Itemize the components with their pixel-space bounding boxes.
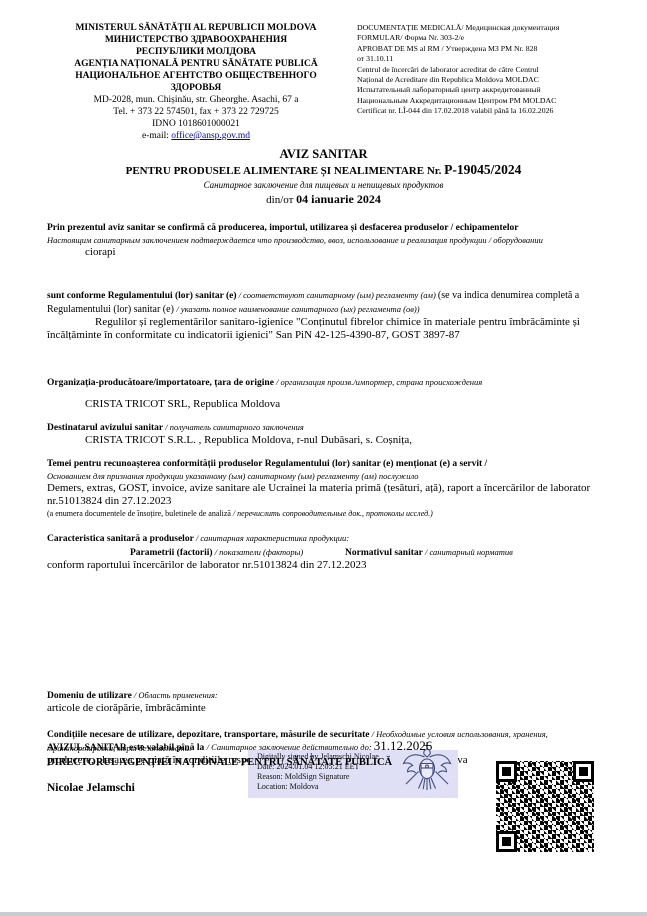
form-info-line: APROBAT DE MS al RM / Утверждена МЗ РМ N…	[357, 44, 633, 54]
qr-code	[495, 760, 595, 853]
header: MINISTERUL SĂNĂTĂȚII AL REPUBLICII MOLDO…	[0, 0, 647, 142]
basis-note-ru: / перечислить сопроводительные док., про…	[233, 509, 433, 518]
validity-label-ro: AVIZUL SANITAR este valabil pînă la	[47, 743, 207, 753]
domain-label-ru: / Область применения:	[132, 690, 218, 700]
basis-value: Demers, extras, GOST, invoice, avize san…	[47, 482, 602, 508]
email-label: e-mail:	[142, 131, 171, 141]
form-info-line: Certificat nr. LÎ-044 din 17.02.2018 val…	[357, 106, 633, 116]
producer-label: Organizația-producătoare/importatoare, ț…	[47, 375, 602, 389]
qr-finder-icon	[573, 761, 594, 782]
form-info-line: от 31.10.11	[357, 54, 633, 64]
director-title: DIRECTORUL AGENȚIEI NAȚIONALE PENTRU SĂN…	[47, 757, 392, 768]
issuer-idno: IDNO 1018601000021	[42, 118, 350, 130]
section-confirmation: Prin prezentul aviz sanitar se confirmă …	[47, 222, 602, 259]
document-subtitle: PENTRU PRODUSELE ALIMENTARE ȘI NEALIMENT…	[0, 162, 647, 179]
form-info-line: Național de Acreditare din Republica Mol…	[357, 75, 633, 85]
char-label: Caracteristica sanitară a produselor / с…	[47, 531, 602, 545]
product-name: ciorapi	[47, 246, 602, 259]
validity-line: AVIZUL SANITAR este valabil pînă la / Са…	[47, 737, 602, 755]
issuer-block: MINISTERUL SĂNĂTĂȚII AL REPUBLICII MOLDO…	[42, 22, 350, 142]
validity-date: 31.12.2026	[374, 738, 433, 753]
section-conformity: sunt conforme Regulamentului (lor) sanit…	[47, 288, 602, 342]
footer: AVIZUL SANITAR este valabil pînă la / Са…	[47, 737, 602, 897]
producer-value: CRISTA TRICOT SRL, Republica Moldova	[47, 398, 602, 411]
issue-date: 04 ianuarie 2024	[296, 192, 381, 206]
regulation-reference: Regulilor și reglementărilor sanitaro-ig…	[47, 316, 602, 342]
validity-label-ru: / Санитарное заключение действительно до…	[207, 742, 374, 752]
section-basis: Temei pentru recunoașterea conformității…	[47, 458, 602, 520]
qr-finder-icon	[496, 761, 517, 782]
confirm-label-ro: Prin prezentul aviz sanitar se confirmă …	[47, 222, 602, 234]
section-domain: Domeniu de utilizare / Область применени…	[47, 688, 602, 715]
parameters-column-header: Parametrii (factorii) / показатели (факт…	[130, 545, 303, 559]
confirm-label-ru: Настоящим санитарным заключением подтвер…	[47, 234, 602, 246]
issuer-line: ЗДОРОВЬЯ	[42, 82, 350, 94]
issuer-line: НАЦИОНАЛЬНОЕ АГЕНТСТВО ОБЩЕСТВЕННОГО	[42, 70, 350, 82]
form-info-line: Испытательный лабораторный центр аккреди…	[357, 85, 633, 95]
basis-label-ru: Основанием для признания продукции указа…	[47, 470, 602, 482]
recipient-value: CRISTA TRICOT S.R.L. , Republica Moldova…	[47, 434, 602, 447]
subtitle-text: PENTRU PRODUSELE ALIMENTARE ȘI NEALIMENT…	[126, 165, 445, 177]
issuer-address: MD-2028, mun. Chișinău, str. Gheorghe. A…	[42, 94, 350, 106]
parameters-header-ru: / показатели (факторы)	[213, 547, 304, 557]
issuer-line: РЕСПУБЛИКИ МОЛДОВА	[42, 46, 350, 58]
normative-header-ru: / санитарный норматив	[423, 547, 513, 557]
section-producer: Organizația-producătoare/importatoare, ț…	[47, 375, 602, 411]
form-info-line: Национальным Аккредитационным Центром РМ…	[357, 96, 633, 106]
domain-label-ro: Domeniu de utilizare	[47, 691, 132, 701]
char-columns: Parametrii (factorii) / показатели (факт…	[47, 545, 602, 559]
conform-label: sunt conforme Regulamentului (lor) sanit…	[47, 288, 602, 316]
domain-value: articole de ciorăpărie, îmbrăcăminte	[47, 702, 602, 715]
issuer-line: AGENȚIA NAȚIONALĂ PENTRU SĂNĂTATE PUBLIC…	[42, 58, 350, 70]
date-prefix: din/от	[266, 194, 296, 206]
form-info-line: FORMULAR/ Форма Nr. 303-2/e	[357, 33, 633, 43]
section-recipient: Destinatarul avizului sanitar / получате…	[47, 420, 602, 447]
subtitle-ru: Санитарное заключение для пищевых и непи…	[0, 179, 647, 192]
title-block: AVIZ SANITAR PENTRU PRODUSELE ALIMENTARE…	[0, 147, 647, 208]
producer-label-ru: / организация произв./импортер, страна п…	[274, 377, 482, 387]
document-title: AVIZ SANITAR	[0, 147, 647, 162]
form-info-line: DOCUMENTAȚIE MEDICALĂ/ Медицинская докум…	[357, 23, 633, 33]
char-label-ru: / санитарная характеристика продукции:	[194, 533, 349, 543]
issuer-line: МИНИСТЕРСТВО ЗДРАВООХРАНЕНИЯ	[42, 34, 350, 46]
recipient-label: Destinatarul avizului sanitar / получате…	[47, 420, 602, 434]
domain-label: Domeniu de utilizare / Область применени…	[47, 688, 602, 702]
basis-note-ro: (a enumera documentele de însoțire, bule…	[47, 509, 233, 518]
parameters-header-ro: Parametrii (factorii)	[130, 548, 213, 558]
conform-note-ru: / указать полное наименование санитарног…	[176, 304, 419, 314]
section-characteristics: Caracteristica sanitară a produselor / с…	[47, 531, 602, 572]
basis-label-ro: Temei pentru recunoașterea conformității…	[47, 458, 602, 470]
form-info-line: Centrul de încercări de laborator acredi…	[357, 65, 633, 75]
char-value: conform raportului încercărilor de labor…	[47, 559, 602, 572]
director-name: Nicolae Jelamschi	[47, 782, 135, 794]
issue-date-line: din/от 04 ianuarie 2024	[0, 192, 647, 208]
conform-label-ru: / соответствуют санитарному (ым) регламе…	[237, 290, 438, 300]
basis-note: (a enumera documentele de însoțire, bule…	[47, 508, 602, 520]
email-link[interactable]: office@ansp.gov.md	[171, 131, 250, 141]
issuer-phone: Tel. + 373 22 574501, fax + 373 22 72972…	[42, 106, 350, 118]
normative-header-ro: Normativul sanitar	[345, 548, 423, 558]
document-number: P-19045/2024	[444, 162, 521, 177]
issuer-email-line: e-mail: office@ansp.gov.md	[42, 130, 350, 142]
document-page: MINISTERUL SĂNĂTĂȚII AL REPUBLICII MOLDO…	[0, 0, 647, 916]
qr-finder-icon	[496, 831, 517, 852]
document-body: Prin prezentul aviz sanitar se confirmă …	[0, 222, 647, 767]
recipient-label-ro: Destinatarul avizului sanitar	[47, 423, 163, 433]
producer-label-ro: Organizația-producătoare/importatoare, ț…	[47, 378, 274, 388]
conform-label-ro: sunt conforme Regulamentului (lor) sanit…	[47, 291, 237, 301]
recipient-label-ru: / получатель санитарного заключения	[163, 422, 304, 432]
page-bottom-edge	[0, 912, 647, 916]
issuer-line: MINISTERUL SĂNĂTĂȚII AL REPUBLICII MOLDO…	[42, 22, 350, 34]
form-info-block: DOCUMENTAȚIE MEDICALĂ/ Медицинская докум…	[357, 22, 633, 142]
normative-column-header: Normativul sanitar / санитарный норматив	[345, 545, 513, 559]
char-label-ro: Caracteristica sanitară a produselor	[47, 534, 194, 544]
